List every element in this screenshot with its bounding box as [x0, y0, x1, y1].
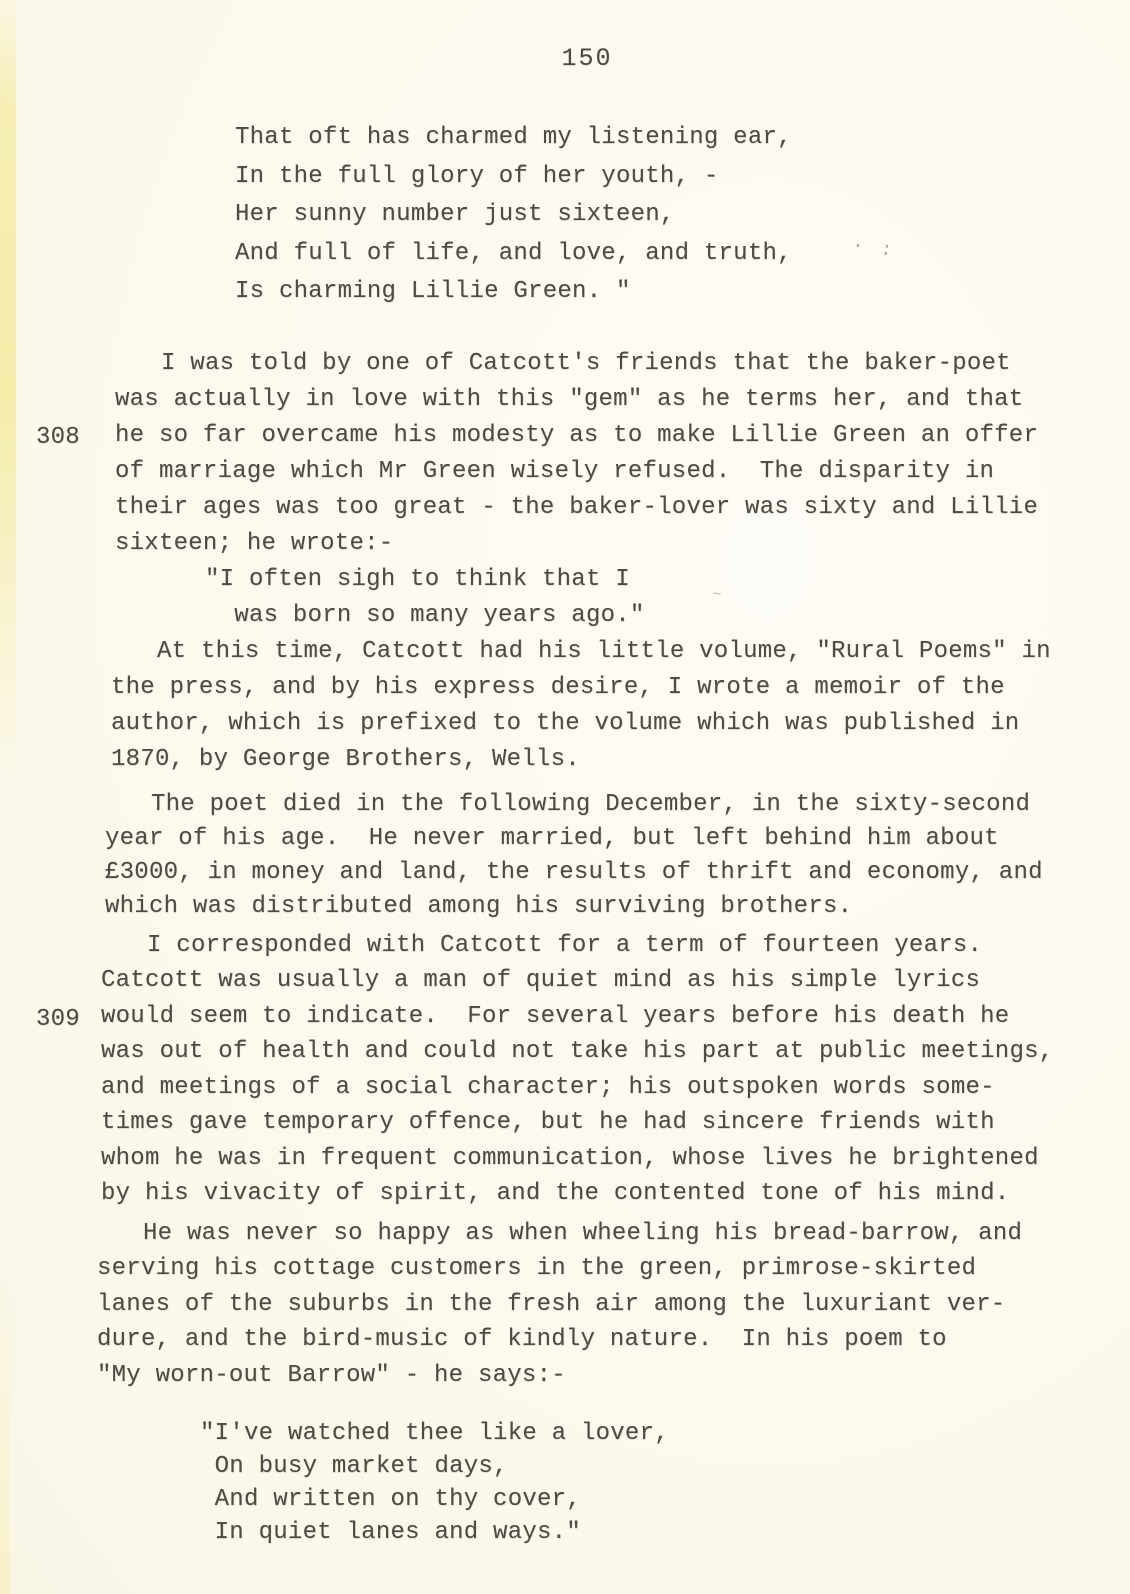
text-line: That oft has charmed my listening ear, — [235, 119, 1070, 158]
text-line: would seem to indicate. For several year… — [101, 999, 1070, 1035]
para-correspondence: I corresponded with Catcott for a term o… — [101, 928, 1070, 1212]
text-line: And written on thy cover, — [200, 1483, 1070, 1516]
text-line: was actually in love with this "gem" as … — [115, 382, 1070, 418]
text-line: was born so many years ago." — [205, 598, 1070, 634]
text-line: Her sunny number just sixteen, — [235, 196, 1070, 235]
text-line: The poet died in the following December,… — [105, 788, 1070, 822]
text-line: which was distributed among his survivin… — [105, 890, 1070, 924]
text-line: he so far overcame his modesty as to mak… — [115, 418, 1070, 454]
typewritten-page: 150 That oft has charmed my listening ea… — [0, 0, 1130, 1594]
text-line: whom he was in frequent communication, w… — [101, 1141, 1070, 1177]
margin-paragraph-number: 308 — [36, 420, 80, 456]
text-line: At this time, Catcott had his little vol… — [111, 634, 1070, 670]
opening-verse-lillie-green: That oft has charmed my listening ear,In… — [235, 119, 1070, 312]
margin-paragraph-number: 309 — [36, 1002, 80, 1038]
text-line: by his vivacity of spirit, and the conte… — [101, 1176, 1070, 1212]
text-line: Catcott was usually a man of quiet mind … — [101, 963, 1070, 999]
text-line: of marriage which Mr Green wisely refuse… — [115, 454, 1070, 490]
text-line: the press, and by his express desire, I … — [111, 670, 1070, 706]
para-bread-barrow: He was never so happy as when wheeling h… — [97, 1216, 1070, 1394]
text-line: In the full glory of her youth, - — [235, 158, 1070, 197]
text-line: was out of health and could not take his… — [101, 1034, 1070, 1070]
text-line: serving his cottage customers in the gre… — [97, 1251, 1070, 1287]
text-line: "I've watched thee like a lover, — [200, 1417, 1070, 1450]
text-line: He was never so happy as when wheeling h… — [97, 1216, 1070, 1252]
closing-verse-barrow: "I've watched thee like a lover, On busy… — [200, 1417, 1070, 1549]
para-poet-death: The poet died in the following December,… — [105, 788, 1070, 924]
page-number: 150 — [22, 0, 1130, 74]
text-line: dure, and the bird-music of kindly natur… — [97, 1322, 1070, 1358]
page-content: That oft has charmed my listening ear,In… — [0, 119, 1130, 1549]
text-line: Is charming Lillie Green. " — [235, 273, 1070, 312]
text-line: And full of life, and love, and truth, — [235, 235, 1070, 274]
para-marriage-offer: I was told by one of Catcott's friends t… — [115, 346, 1070, 562]
text-line: times gave temporary offence, but he had… — [101, 1105, 1070, 1141]
text-line: 1870, by George Brothers, Wells. — [111, 742, 1070, 778]
text-line: lanes of the suburbs in the fresh air am… — [97, 1287, 1070, 1323]
text-line: author, which is prefixed to the volume … — [111, 706, 1070, 742]
text-line: "My worn-out Barrow" - he says:- — [97, 1358, 1070, 1394]
para-rural-poems: At this time, Catcott had his little vol… — [111, 634, 1070, 778]
scan-smudge: ~ — [712, 586, 725, 604]
verse-sigh-couplet: "I often sigh to think that I was born s… — [205, 562, 1070, 634]
text-line: £3000, in money and land, the results of… — [105, 856, 1070, 890]
text-line: sixteen; he wrote:- — [115, 526, 1070, 562]
text-line: In quiet lanes and ways." — [200, 1516, 1070, 1549]
text-line: and meetings of a social character; his … — [101, 1070, 1070, 1106]
text-line: I corresponded with Catcott for a term o… — [101, 928, 1070, 964]
text-line: their ages was too great - the baker-lov… — [115, 490, 1070, 526]
text-line: On busy market days, — [200, 1450, 1070, 1483]
text-line: year of his age. He never married, but l… — [105, 822, 1070, 856]
text-line: "I often sigh to think that I — [205, 562, 1070, 598]
text-line: I was told by one of Catcott's friends t… — [115, 346, 1070, 382]
